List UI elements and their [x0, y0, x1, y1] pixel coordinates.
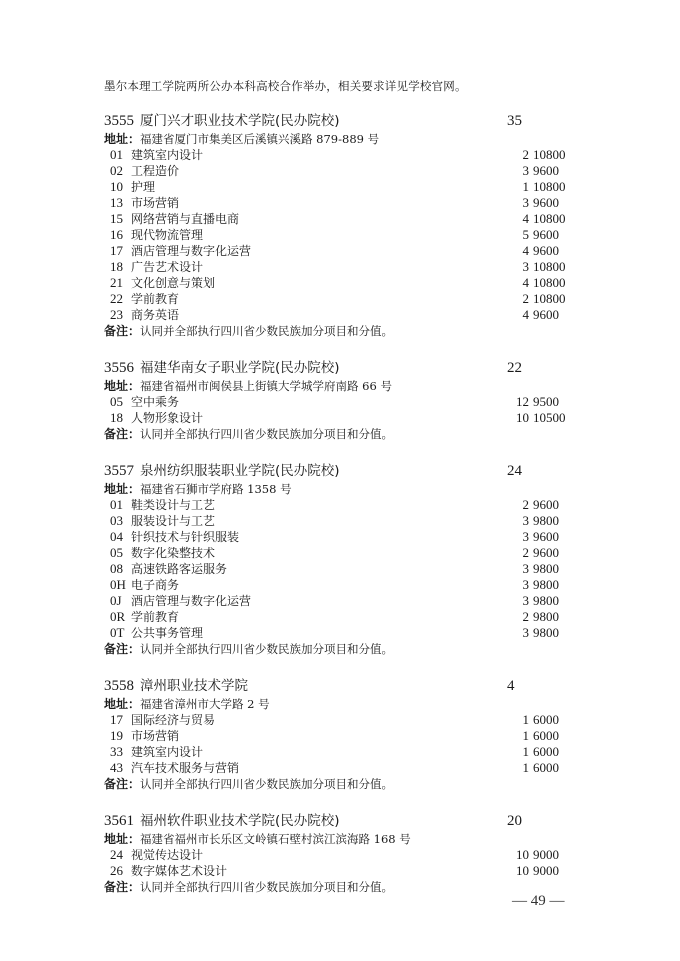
- major-name: 酒店管理与数字化运营: [131, 243, 251, 259]
- school-name: 漳州职业技术学院: [140, 678, 248, 694]
- major-row: 05 空中乘务 12 9500: [104, 394, 584, 410]
- major-quota: 3: [499, 625, 529, 641]
- major-code: 0H: [110, 577, 126, 593]
- major-fee: 9600: [533, 227, 559, 243]
- document-page: 墨尔本理工学院两所公办本科高校合作举办，相关要求详见学校官网。 3555厦门兴才…: [104, 78, 584, 914]
- major-row: 04 针织技术与针织服装 3 9600: [104, 529, 584, 545]
- major-quota: 1: [499, 179, 529, 195]
- major-code: 0R: [110, 609, 125, 625]
- school-quota: 35: [507, 111, 522, 131]
- major-row: 01 鞋类设计与工艺 2 9600: [104, 497, 584, 513]
- major-code: 17: [110, 712, 123, 728]
- major-fee: 9800: [533, 513, 559, 529]
- address-value: 福建省漳州市大学路 2 号: [140, 697, 270, 711]
- school-name: 泉州纺织服装职业学院(民办院校): [140, 463, 340, 479]
- school-code: 3561: [104, 813, 134, 829]
- major-code: 23: [110, 307, 123, 323]
- major-code: 01: [110, 497, 123, 513]
- major-row: 01 建筑室内设计 2 10800: [104, 147, 584, 163]
- school-address: 地址：福建省福州市闽侯县上街镇大学城学府南路 66 号: [104, 378, 584, 394]
- note-value: 认同并全部执行四川省少数民族加分项目和分值。: [140, 427, 393, 441]
- major-row: 02 工程造价 3 9600: [104, 163, 584, 179]
- major-fee: 9600: [533, 307, 559, 323]
- major-code: 18: [110, 410, 123, 426]
- school-quota: 4: [507, 676, 515, 696]
- major-name: 护理: [131, 179, 155, 195]
- major-fee: 9800: [533, 625, 559, 641]
- major-name: 现代物流管理: [131, 227, 203, 243]
- school-code: 3558: [104, 678, 134, 694]
- address-label: 地址：: [104, 697, 140, 711]
- major-quota: 10: [499, 847, 529, 863]
- major-fee: 9800: [533, 577, 559, 593]
- major-row: 17 国际经济与贸易 1 6000: [104, 712, 584, 728]
- major-row: 17 酒店管理与数字化运营 4 9600: [104, 243, 584, 259]
- major-quota: 3: [499, 195, 529, 211]
- major-quota: 3: [499, 259, 529, 275]
- school-header: 3556福建华南女子职业学院(民办院校) 22: [104, 358, 584, 378]
- major-list: 24 视觉传达设计 10 9000 26 数字媒体艺术设计 10 9000: [104, 847, 584, 879]
- major-row: 10 护理 1 10800: [104, 179, 584, 195]
- school-address: 地址：福建省厦门市集美区后溪镇兴溪路 879-889 号: [104, 131, 584, 147]
- major-fee: 6000: [533, 712, 559, 728]
- note-value: 认同并全部执行四川省少数民族加分项目和分值。: [140, 642, 393, 656]
- major-row: 18 人物形象设计 10 10500: [104, 410, 584, 426]
- major-fee: 10800: [533, 259, 566, 275]
- major-code: 24: [110, 847, 123, 863]
- note-label: 备注：: [104, 324, 140, 338]
- major-quota: 1: [499, 760, 529, 776]
- school-address: 地址：福建省漳州市大学路 2 号: [104, 696, 584, 712]
- school-quota: 20: [507, 811, 522, 831]
- major-fee: 9500: [533, 394, 559, 410]
- major-code: 05: [110, 394, 123, 410]
- major-code: 15: [110, 211, 123, 227]
- major-quota: 2: [499, 147, 529, 163]
- school-name: 厦门兴才职业技术学院(民办院校): [140, 113, 340, 129]
- major-quota: 2: [499, 545, 529, 561]
- major-fee: 10500: [533, 410, 566, 426]
- major-row: 08 高速铁路客运服务 3 9800: [104, 561, 584, 577]
- major-fee: 6000: [533, 728, 559, 744]
- school-code: 3556: [104, 360, 134, 376]
- school-block: 3556福建华南女子职业学院(民办院校) 22 地址：福建省福州市闽侯县上街镇大…: [104, 358, 584, 442]
- major-quota: 3: [499, 163, 529, 179]
- major-code: 19: [110, 728, 123, 744]
- school-header: 3558漳州职业技术学院 4: [104, 676, 584, 696]
- major-name: 数字化染整技术: [131, 545, 215, 561]
- major-row: 0T 公共事务管理 3 9800: [104, 625, 584, 641]
- major-row: 18 广告艺术设计 3 10800: [104, 259, 584, 275]
- major-row: 0J 酒店管理与数字化运营 3 9800: [104, 593, 584, 609]
- major-code: 43: [110, 760, 123, 776]
- major-row: 23 商务英语 4 9600: [104, 307, 584, 323]
- note-label: 备注：: [104, 427, 140, 441]
- major-row: 0H 电子商务 3 9800: [104, 577, 584, 593]
- major-fee: 9600: [533, 195, 559, 211]
- major-name: 广告艺术设计: [131, 259, 203, 275]
- note-label: 备注：: [104, 777, 140, 791]
- major-quota: 4: [499, 275, 529, 291]
- major-row: 24 视觉传达设计 10 9000: [104, 847, 584, 863]
- major-quota: 10: [499, 863, 529, 879]
- major-name: 文化创意与策划: [131, 275, 215, 291]
- address-label: 地址：: [104, 379, 140, 393]
- major-fee: 9600: [533, 545, 559, 561]
- major-name: 视觉传达设计: [131, 847, 203, 863]
- major-code: 16: [110, 227, 123, 243]
- major-name: 市场营销: [131, 728, 179, 744]
- school-header: 3561福州软件职业技术学院(民办院校) 20: [104, 811, 584, 831]
- major-row: 22 学前教育 2 10800: [104, 291, 584, 307]
- major-fee: 6000: [533, 760, 559, 776]
- major-quota: 4: [499, 307, 529, 323]
- major-fee: 9000: [533, 847, 559, 863]
- major-fee: 10800: [533, 291, 566, 307]
- major-quota: 2: [499, 291, 529, 307]
- major-quota: 4: [499, 243, 529, 259]
- major-quota: 3: [499, 561, 529, 577]
- school-note: 备注：认同并全部执行四川省少数民族加分项目和分值。: [104, 776, 584, 792]
- school-note: 备注：认同并全部执行四川省少数民族加分项目和分值。: [104, 641, 584, 657]
- major-name: 学前教育: [131, 291, 179, 307]
- major-fee: 9800: [533, 561, 559, 577]
- school-quota: 24: [507, 461, 522, 481]
- school-name: 福州软件职业技术学院(民办院校): [140, 813, 340, 829]
- major-fee: 10800: [533, 211, 566, 227]
- major-code: 02: [110, 163, 123, 179]
- major-code: 0J: [110, 593, 122, 609]
- major-name: 市场营销: [131, 195, 179, 211]
- major-quota: 10: [499, 410, 529, 426]
- note-label: 备注：: [104, 880, 140, 894]
- address-value: 福建省厦门市集美区后溪镇兴溪路 879-889 号: [140, 132, 379, 146]
- major-name: 高速铁路客运服务: [131, 561, 227, 577]
- major-quota: 3: [499, 529, 529, 545]
- major-fee: 9600: [533, 243, 559, 259]
- major-row: 13 市场营销 3 9600: [104, 195, 584, 211]
- major-code: 26: [110, 863, 123, 879]
- major-quota: 12: [499, 394, 529, 410]
- school-block: 3557泉州纺织服装职业学院(民办院校) 24 地址：福建省石狮市学府路 135…: [104, 461, 584, 657]
- major-name: 针织技术与针织服装: [131, 529, 239, 545]
- major-name: 数字媒体艺术设计: [131, 863, 227, 879]
- major-fee: 9800: [533, 593, 559, 609]
- major-code: 10: [110, 179, 123, 195]
- major-fee: 10800: [533, 179, 566, 195]
- major-code: 13: [110, 195, 123, 211]
- major-code: 22: [110, 291, 123, 307]
- address-value: 福建省石狮市学府路 1358 号: [140, 482, 292, 496]
- major-name: 建筑室内设计: [131, 744, 203, 760]
- major-fee: 9600: [533, 163, 559, 179]
- school-address: 地址：福建省福州市长乐区文岭镇石壁村滨江滨海路 168 号: [104, 831, 584, 847]
- school-name: 福建华南女子职业学院(民办院校): [140, 360, 340, 376]
- major-row: 15 网络营销与直播电商 4 10800: [104, 211, 584, 227]
- major-quota: 2: [499, 497, 529, 513]
- major-name: 服装设计与工艺: [131, 513, 215, 529]
- note-label: 备注：: [104, 642, 140, 656]
- major-list: 01 建筑室内设计 2 10800 02 工程造价 3 9600 10 护理 1…: [104, 147, 584, 323]
- school-header: 3557泉州纺织服装职业学院(民办院校) 24: [104, 461, 584, 481]
- major-quota: 1: [499, 712, 529, 728]
- major-code: 17: [110, 243, 123, 259]
- major-name: 汽车技术服务与营销: [131, 760, 239, 776]
- school-quota: 22: [507, 358, 522, 378]
- major-name: 商务英语: [131, 307, 179, 323]
- address-label: 地址：: [104, 482, 140, 496]
- school-code: 3555: [104, 113, 134, 129]
- major-name: 人物形象设计: [131, 410, 203, 426]
- major-fee: 9800: [533, 609, 559, 625]
- major-row: 21 文化创意与策划 4 10800: [104, 275, 584, 291]
- major-row: 03 服装设计与工艺 3 9800: [104, 513, 584, 529]
- major-quota: 1: [499, 728, 529, 744]
- school-note: 备注：认同并全部执行四川省少数民族加分项目和分值。: [104, 323, 584, 339]
- note-value: 认同并全部执行四川省少数民族加分项目和分值。: [140, 777, 393, 791]
- major-name: 鞋类设计与工艺: [131, 497, 215, 513]
- major-row: 43 汽车技术服务与营销 1 6000: [104, 760, 584, 776]
- major-name: 国际经济与贸易: [131, 712, 215, 728]
- school-block: 3555厦门兴才职业技术学院(民办院校) 35 地址：福建省厦门市集美区后溪镇兴…: [104, 111, 584, 339]
- major-row: 05 数字化染整技术 2 9600: [104, 545, 584, 561]
- major-name: 电子商务: [131, 577, 179, 593]
- address-value: 福建省福州市闽侯县上街镇大学城学府南路 66 号: [140, 379, 392, 393]
- school-block: 3558漳州职业技术学院 4 地址：福建省漳州市大学路 2 号 17 国际经济与…: [104, 676, 584, 792]
- major-name: 公共事务管理: [131, 625, 203, 641]
- major-name: 空中乘务: [131, 394, 179, 410]
- note-value: 认同并全部执行四川省少数民族加分项目和分值。: [140, 324, 393, 338]
- major-code: 0T: [110, 625, 124, 641]
- major-code: 08: [110, 561, 123, 577]
- school-address: 地址：福建省石狮市学府路 1358 号: [104, 481, 584, 497]
- major-row: 26 数字媒体艺术设计 10 9000: [104, 863, 584, 879]
- note-value: 认同并全部执行四川省少数民族加分项目和分值。: [140, 880, 393, 894]
- address-value: 福建省福州市长乐区文岭镇石壁村滨江滨海路 168 号: [140, 832, 411, 846]
- school-code: 3557: [104, 463, 134, 479]
- major-quota: 1: [499, 744, 529, 760]
- major-list: 05 空中乘务 12 9500 18 人物形象设计 10 10500: [104, 394, 584, 426]
- major-name: 酒店管理与数字化运营: [131, 593, 251, 609]
- school-list: 3555厦门兴才职业技术学院(民办院校) 35 地址：福建省厦门市集美区后溪镇兴…: [104, 111, 584, 895]
- major-name: 学前教育: [131, 609, 179, 625]
- page-number: — 49 —: [512, 893, 565, 910]
- school-block: 3561福州软件职业技术学院(民办院校) 20 地址：福建省福州市长乐区文岭镇石…: [104, 811, 584, 895]
- major-quota: 5: [499, 227, 529, 243]
- major-fee: 9000: [533, 863, 559, 879]
- major-row: 16 现代物流管理 5 9600: [104, 227, 584, 243]
- major-fee: 9600: [533, 529, 559, 545]
- major-quota: 2: [499, 609, 529, 625]
- major-quota: 3: [499, 593, 529, 609]
- intro-text: 墨尔本理工学院两所公办本科高校合作举办，相关要求详见学校官网。: [104, 78, 584, 94]
- major-fee: 10800: [533, 147, 566, 163]
- major-code: 33: [110, 744, 123, 760]
- school-note: 备注：认同并全部执行四川省少数民族加分项目和分值。: [104, 426, 584, 442]
- major-name: 建筑室内设计: [131, 147, 203, 163]
- major-code: 04: [110, 529, 123, 545]
- major-fee: 10800: [533, 275, 566, 291]
- major-quota: 3: [499, 577, 529, 593]
- major-row: 19 市场营销 1 6000: [104, 728, 584, 744]
- major-list: 17 国际经济与贸易 1 6000 19 市场营销 1 6000 33 建筑室内…: [104, 712, 584, 776]
- address-label: 地址：: [104, 832, 140, 846]
- major-name: 网络营销与直播电商: [131, 211, 239, 227]
- major-row: 0R 学前教育 2 9800: [104, 609, 584, 625]
- major-code: 21: [110, 275, 123, 291]
- major-quota: 4: [499, 211, 529, 227]
- major-list: 01 鞋类设计与工艺 2 9600 03 服装设计与工艺 3 9800 04 针…: [104, 497, 584, 641]
- major-code: 18: [110, 259, 123, 275]
- major-name: 工程造价: [131, 163, 179, 179]
- major-code: 05: [110, 545, 123, 561]
- major-row: 33 建筑室内设计 1 6000: [104, 744, 584, 760]
- major-fee: 6000: [533, 744, 559, 760]
- major-code: 01: [110, 147, 123, 163]
- major-code: 03: [110, 513, 123, 529]
- address-label: 地址：: [104, 132, 140, 146]
- major-quota: 3: [499, 513, 529, 529]
- major-fee: 9600: [533, 497, 559, 513]
- school-header: 3555厦门兴才职业技术学院(民办院校) 35: [104, 111, 584, 131]
